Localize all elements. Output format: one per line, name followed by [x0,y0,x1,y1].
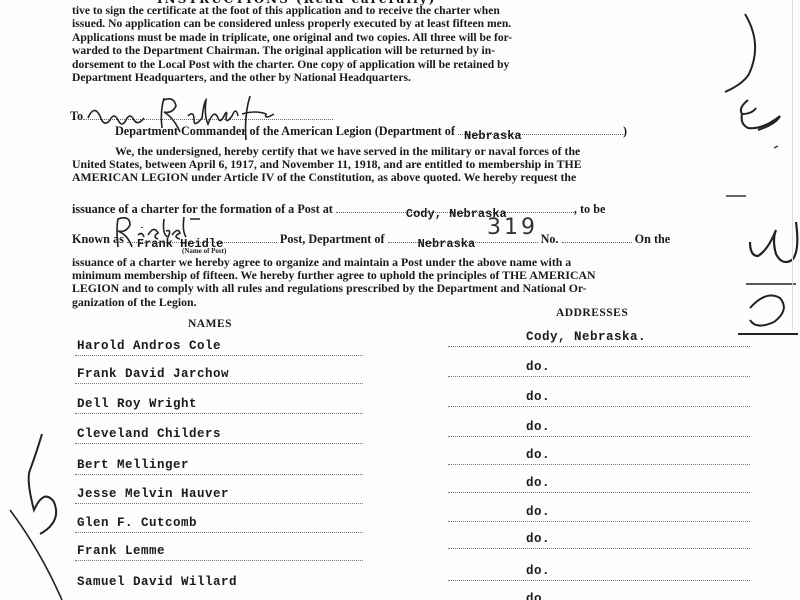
to-line: To [70,109,333,123]
member-name: Dell Roy Wright [75,397,363,414]
member-address: do. [448,390,750,407]
names-column-header: NAMES [188,318,232,330]
member-address: do. [448,592,750,600]
post-name-field: Frank Heidle [127,242,277,243]
member-address: do. [448,532,750,549]
member-address: Cody, Nebraska. [448,330,750,347]
certification-paragraph: We, the undersigned, hereby certify that… [72,145,708,185]
charter-application-page: INSTRUCTIONS (Read carefully) tive to si… [0,0,800,600]
member-address: do. [448,448,750,465]
member-name: Samuel David Willard [75,575,363,591]
post-location-line: issuance of a charter for the formation … [72,202,605,216]
post-location-value: Cody, Nebraska [406,207,507,221]
instructions-line: issued. No application can be considered… [72,17,692,30]
instructions-line: Applications must be made in triplicate,… [72,31,692,44]
instructions-line: warded to the Department Chairman. The o… [72,44,692,57]
department-field: Nebraska [458,134,623,135]
page-edge [792,0,793,330]
member-address: do. [448,564,750,581]
known-as-line: Known as Frank Heidle Post, Department o… [72,232,670,246]
post-name-caption: (Name of Post) [182,247,226,255]
post-number-field [562,242,632,243]
instructions-line: Department Headquarters, and the other b… [72,71,692,84]
instructions-line: dorsement to the Local Post with the cha… [72,58,692,71]
post-department-field: Nebraska [388,242,538,243]
post-department-value: Nebraska [418,237,476,251]
department-value: Nebraska [464,129,522,143]
left-margin-handwriting [4,430,74,600]
member-name: Jesse Melvin Hauver [75,487,363,504]
instructions-line: tive to sign the certificate at the foot… [72,4,692,17]
member-name: Cleveland Childers [75,427,363,444]
member-address: do. [448,505,750,522]
member-name: Frank David Jarchow [75,367,363,384]
addresses-column-header: ADDRESSES [556,307,628,319]
member-name: Glen F. Cutcomb [75,516,363,533]
to-label: To [70,109,83,123]
to-field [83,119,333,120]
member-name: Bert Mellinger [75,458,363,475]
agreement-paragraph: issuance of a charter we hereby agree to… [72,256,708,309]
member-address: do. [448,420,750,437]
post-location-field: Cody, Nebraska [336,212,574,213]
commander-line: Department Commander of the American Leg… [115,124,627,138]
member-name: Frank Lemme [75,544,363,561]
member-address: do. [448,476,750,493]
member-address: do. [448,360,750,377]
instructions-text: tive to sign the certificate at the foot… [72,4,692,84]
member-name: Harold Andros Cole [75,339,363,356]
right-margin-handwriting [720,8,800,338]
